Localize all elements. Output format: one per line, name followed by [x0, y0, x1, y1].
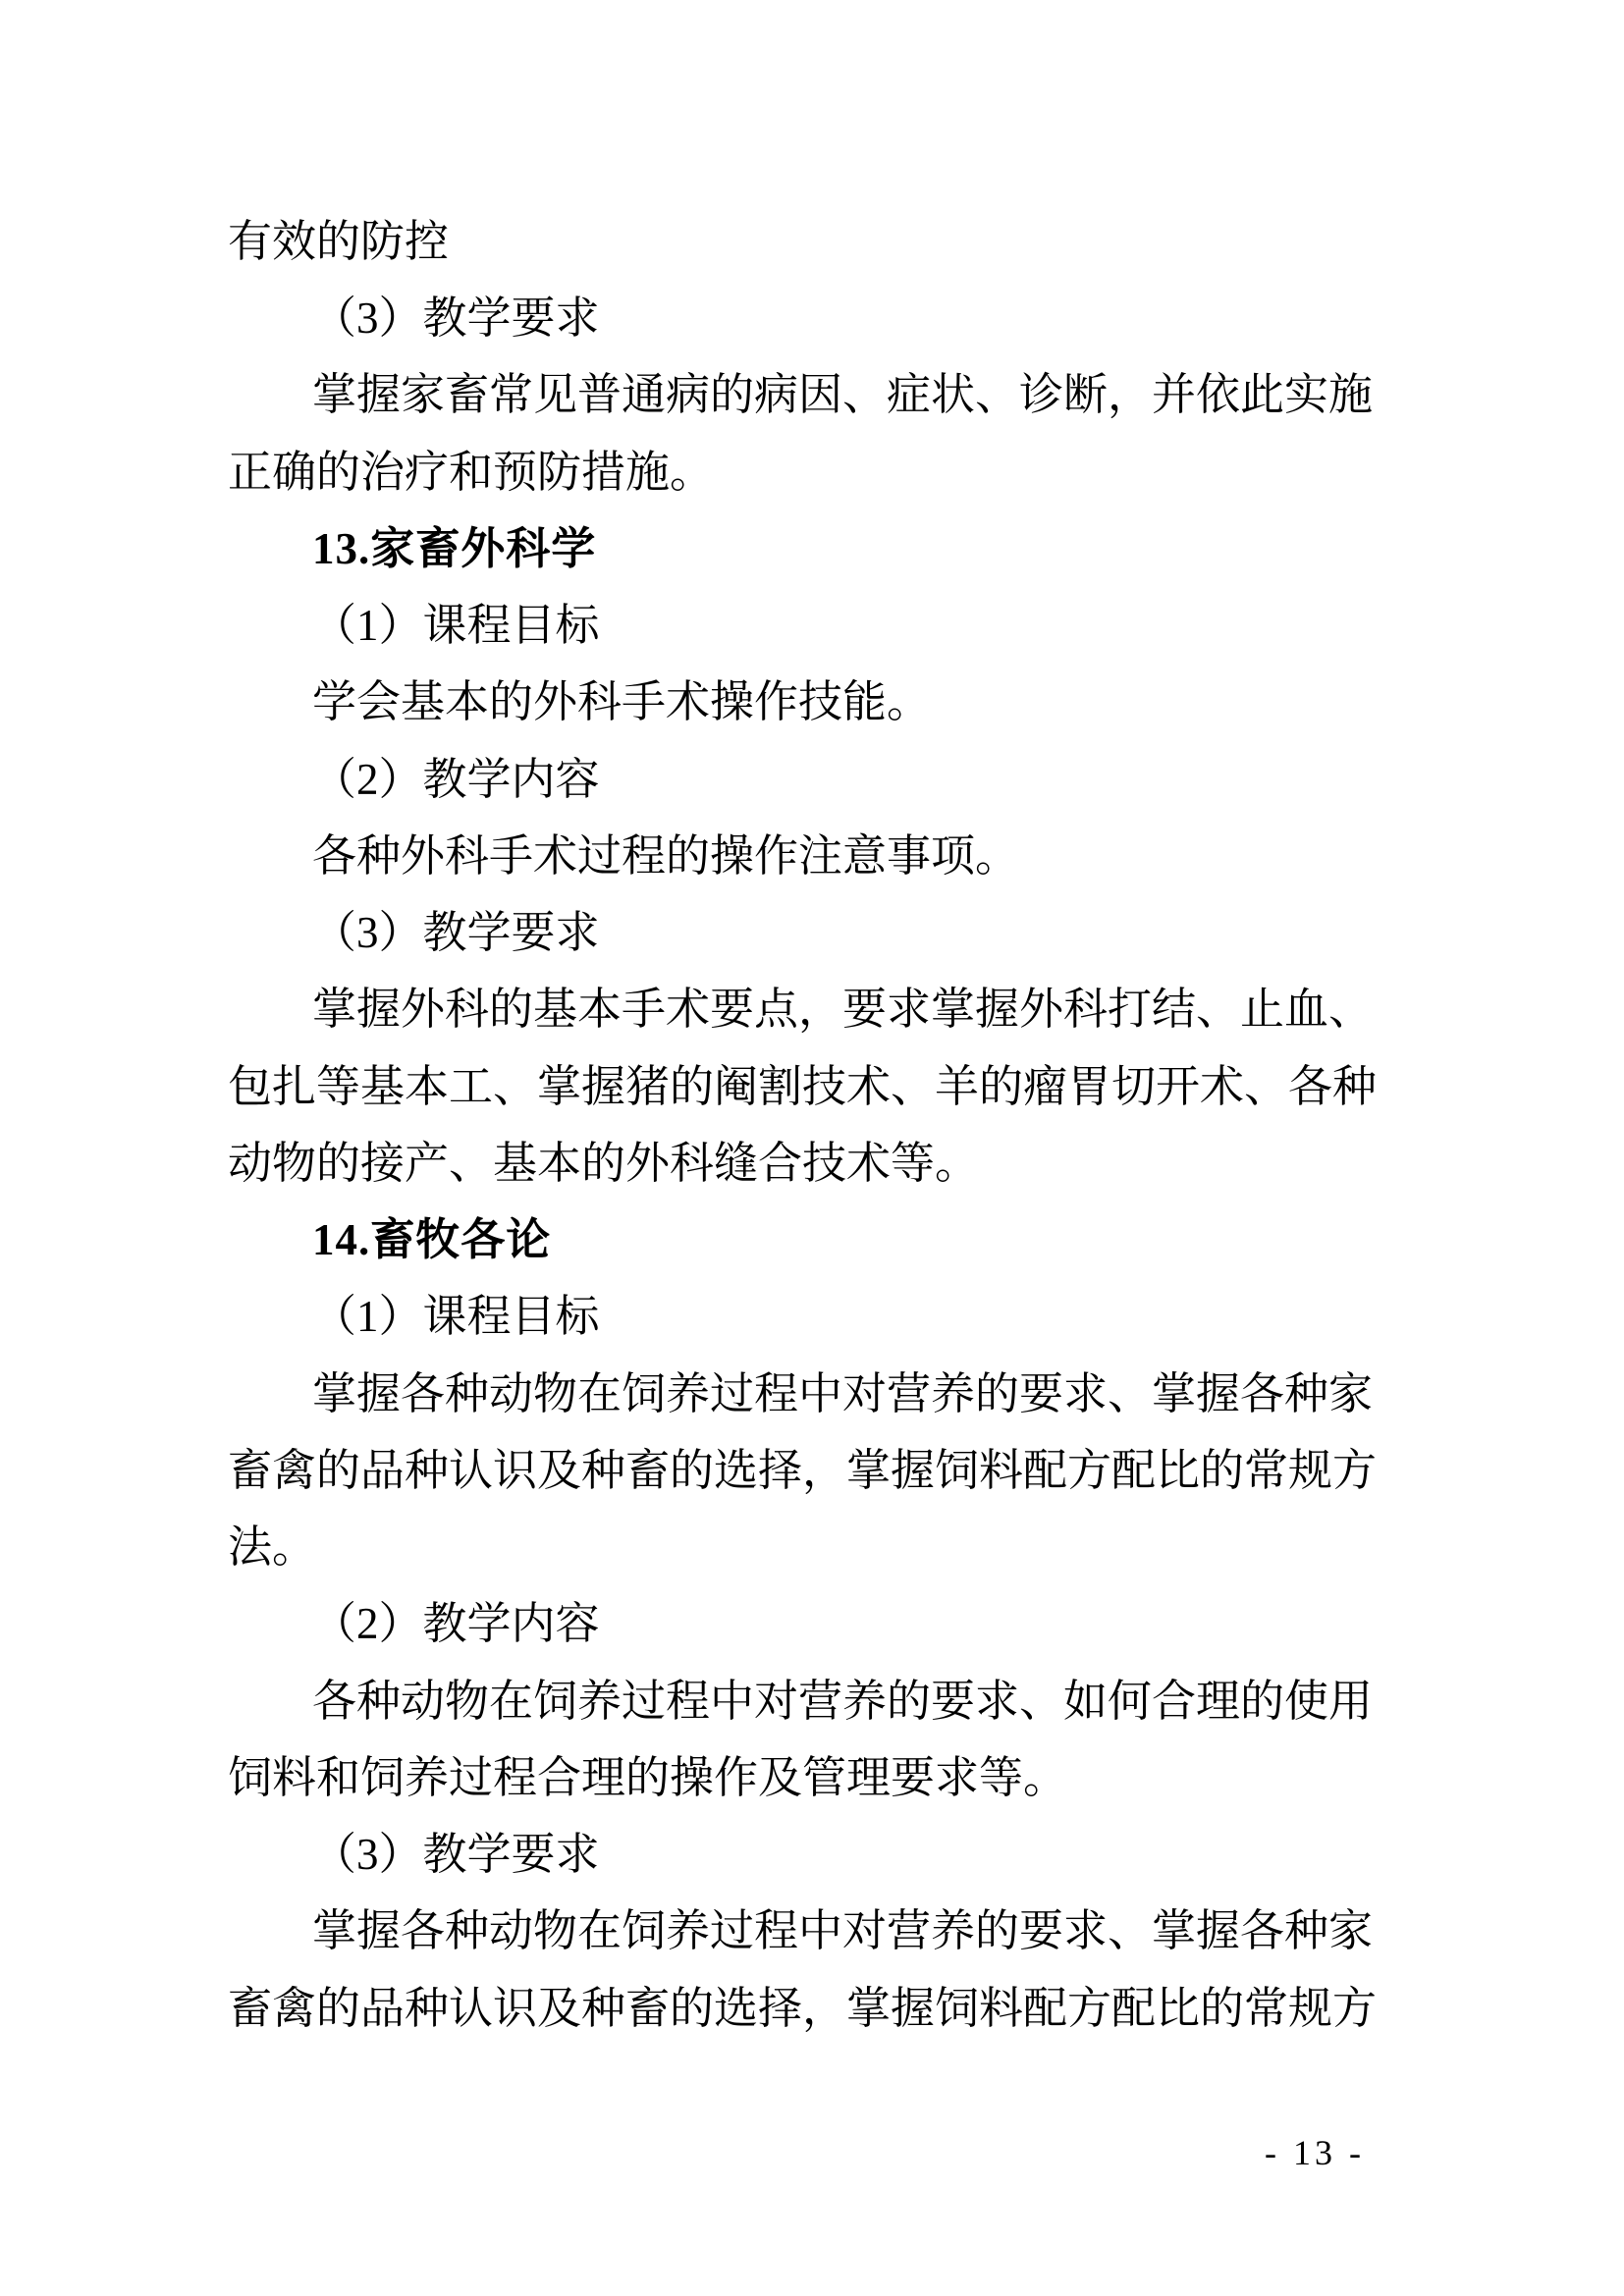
text-line: 有效的防控 — [228, 217, 449, 268]
text-line: 学会基本的外科手术操作技能。 — [312, 677, 931, 728]
text-line: 各种动物在饲养过程中对营养的要求、如何合理的使用 — [312, 1677, 1373, 1728]
text-line: （1）课程目标 — [312, 601, 600, 652]
text-line: 法。 — [228, 1522, 316, 1574]
text-line: 掌握家畜常见普通病的病因、症状、诊断，并依此实施 — [312, 370, 1373, 421]
text-line: 动物的接产、基本的外科缝合技术等。 — [228, 1139, 979, 1190]
text-line: （3）教学要求 — [312, 908, 600, 959]
text-line: 包扎等基本工、掌握猪的阉割技术、羊的瘤胃切开术、各种 — [228, 1062, 1377, 1113]
section-heading: 13.家畜外科学 — [312, 524, 596, 575]
text-line: 掌握外科的基本手术要点，要求掌握外科打结、止血、 — [312, 985, 1373, 1036]
text-line: 掌握各种动物在饲养过程中对营养的要求、掌握各种家 — [312, 1369, 1373, 1420]
text-line: （2）教学内容 — [312, 755, 600, 806]
text-line: 畜禽的品种认识及种畜的选择，掌握饲料配方配比的常规方 — [228, 1984, 1377, 2035]
document-page: 有效的防控 （3）教学要求 掌握家畜常见普通病的病因、症状、诊断，并依此实施 正… — [0, 0, 1624, 2296]
text-line: 各种外科手术过程的操作注意事项。 — [312, 831, 1019, 882]
page-number: - 13 - — [1265, 2132, 1365, 2173]
text-line: 饲料和饲养过程合理的操作及管理要求等。 — [228, 1753, 1067, 1804]
text-line: 掌握各种动物在饲养过程中对营养的要求、掌握各种家 — [312, 1906, 1373, 1957]
text-line: （3）教学要求 — [312, 294, 600, 345]
text-line: （3）教学要求 — [312, 1830, 600, 1881]
section-heading: 14.畜牧各论 — [312, 1215, 551, 1266]
text-line: 正确的治疗和预防措施。 — [228, 448, 714, 499]
text-line: （2）教学内容 — [312, 1599, 600, 1650]
text-line: （1）课程目标 — [312, 1292, 600, 1343]
text-line: 畜禽的品种认识及种畜的选择，掌握饲料配方配比的常规方 — [228, 1446, 1377, 1497]
